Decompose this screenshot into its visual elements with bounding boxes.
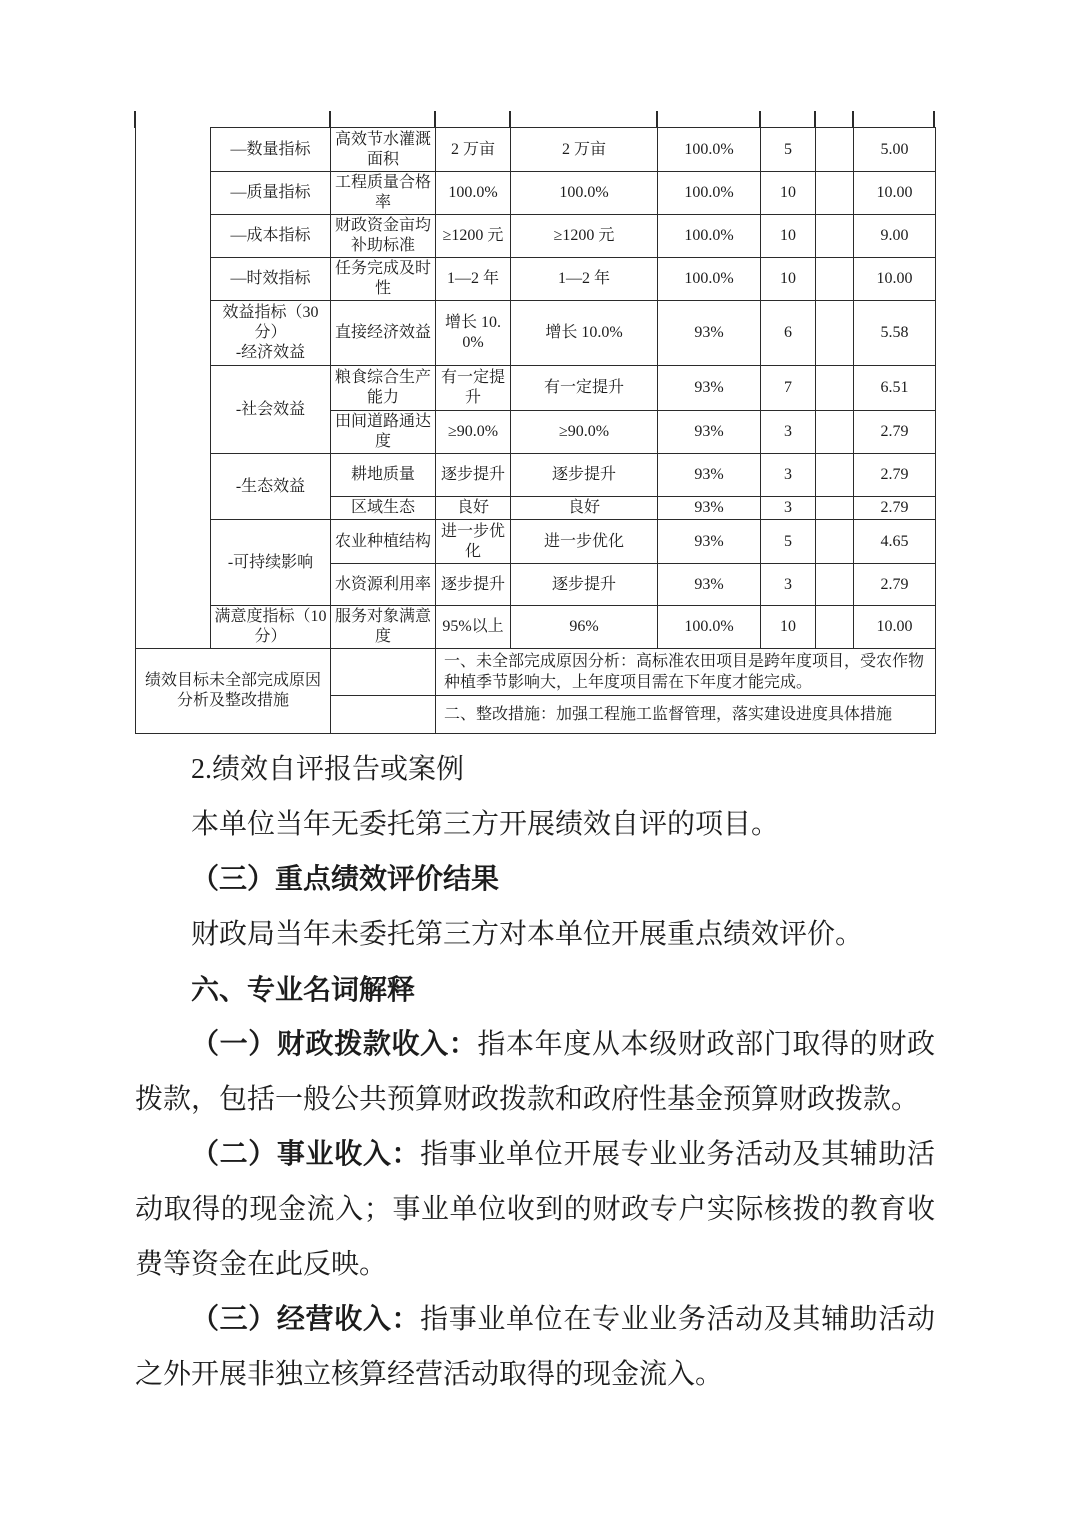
cell-actual-value: 进一步优化 bbox=[511, 520, 658, 564]
table-row: —成本指标 财政资金亩均补助标准 ≥1200 元 ≥1200 元 100.0% … bbox=[136, 215, 936, 258]
cell-blank bbox=[816, 411, 854, 454]
cell-indicator-type: 满意度指标（10分） bbox=[211, 606, 331, 649]
cell-indicator-name: 水资源利用率 bbox=[331, 564, 436, 606]
cell-weight: 5 bbox=[761, 520, 816, 564]
table-row: —质量指标 工程质量合格率 100.0% 100.0% 100.0% 10 10… bbox=[136, 172, 936, 215]
cell-target-value: 增长 10.0% bbox=[436, 301, 511, 366]
cell-completion-rate: 93% bbox=[658, 520, 761, 564]
table-row: —数量指标 高效节水灌溉面积 2 万亩 2 万亩 100.0% 5 5.00 bbox=[136, 128, 936, 172]
cell-completion-rate: 100.0% bbox=[658, 606, 761, 649]
cell-blank bbox=[816, 128, 854, 172]
cell-completion-rate: 93% bbox=[658, 564, 761, 606]
cell-indicator-name: 财政资金亩均补助标准 bbox=[331, 215, 436, 258]
cell-blank bbox=[816, 258, 854, 301]
document-body: 2.绩效自评报告或案例 本单位当年无委托第三方开展绩效自评的项目。 （三）重点绩… bbox=[135, 742, 935, 1402]
cell-target-value: 2 万亩 bbox=[436, 128, 511, 172]
table-row: 满意度指标（10分） 服务对象满意度 95%以上 96% 100.0% 10 1… bbox=[136, 606, 936, 649]
cell-actual-value: 1—2 年 bbox=[511, 258, 658, 301]
cell-blank bbox=[816, 366, 854, 411]
cell-indicator-type: -可持续影响 bbox=[211, 520, 331, 606]
table-border-stub bbox=[509, 111, 511, 128]
cell-indicator-type: -社会效益 bbox=[211, 366, 331, 454]
cell-completion-rate: 93% bbox=[658, 301, 761, 366]
definition-lead: （二）事业收入： bbox=[191, 1139, 420, 1170]
indicator-group-label: 效益指标（30分） bbox=[213, 303, 328, 343]
cell-indicator-name: 高效节水灌溉面积 bbox=[331, 128, 436, 172]
cell-weight: 7 bbox=[761, 366, 816, 411]
table-row: 效益指标（30分） -经济效益 直接经济效益 增长 10.0% 增长 10.0%… bbox=[136, 301, 936, 366]
table-border-stub bbox=[933, 111, 935, 128]
cell-indicator-type: -生态效益 bbox=[211, 454, 331, 520]
cell-actual-value: 增长 10.0% bbox=[511, 301, 658, 366]
table-border-stub bbox=[134, 111, 136, 128]
cell-weight: 10 bbox=[761, 258, 816, 301]
cell-target-value: 95%以上 bbox=[436, 606, 511, 649]
key-eval-text: 财政局当年未委托第三方对本单位开展重点绩效评价。 bbox=[135, 907, 935, 962]
cell-actual-value: 100.0% bbox=[511, 172, 658, 215]
cell-completion-rate: 100.0% bbox=[658, 258, 761, 301]
cell-score: 5.58 bbox=[854, 301, 936, 366]
definition-operational-income: （二）事业收入：指事业单位开展专业业务活动及其辅助活动取得的现金流入；事业单位收… bbox=[135, 1127, 935, 1292]
cell-blank bbox=[816, 172, 854, 215]
table-border-stub bbox=[329, 111, 331, 128]
cell-completion-rate: 100.0% bbox=[658, 215, 761, 258]
definition-lead: （三）经营收入： bbox=[191, 1304, 420, 1335]
cell-indicator-name: 任务完成及时性 bbox=[331, 258, 436, 301]
cell-completion-rate: 100.0% bbox=[658, 128, 761, 172]
definition-business-income: （三）经营收入：指事业单位在专业业务活动及其辅助活动之外开展非独立核算经营活动取… bbox=[135, 1292, 935, 1402]
cell-blank bbox=[816, 564, 854, 606]
cell-target-value: 100.0% bbox=[436, 172, 511, 215]
cell-left-continued bbox=[136, 128, 211, 649]
cell-target-value: 有一定提升 bbox=[436, 366, 511, 411]
cell-incomplete-reason: 一、未全部完成原因分析：高标准农田项目是跨年度项目，受农作物种植季节影响大，上年… bbox=[436, 649, 936, 696]
cell-score: 2.79 bbox=[854, 411, 936, 454]
cell-incomplete-analysis-label: 绩效目标未全部完成原因分析及整改措施 bbox=[136, 649, 331, 734]
table-border-stub bbox=[814, 111, 816, 128]
performance-indicator-table: —数量指标 高效节水灌溉面积 2 万亩 2 万亩 100.0% 5 5.00 —… bbox=[135, 127, 936, 734]
cell-weight: 10 bbox=[761, 172, 816, 215]
cell-indicator-name: 工程质量合格率 bbox=[331, 172, 436, 215]
cell-indicator-name: 粮食综合生产能力 bbox=[331, 366, 436, 411]
self-eval-report-title: 2.绩效自评报告或案例 bbox=[135, 742, 935, 797]
cell-indicator-name: 区域生态 bbox=[331, 497, 436, 520]
cell-actual-value: 逐步提升 bbox=[511, 564, 658, 606]
cell-score: 10.00 bbox=[854, 606, 936, 649]
cell-score: 5.00 bbox=[854, 128, 936, 172]
cell-target-value: 1—2 年 bbox=[436, 258, 511, 301]
document-page: —数量指标 高效节水灌溉面积 2 万亩 2 万亩 100.0% 5 5.00 —… bbox=[0, 0, 1074, 1520]
table-row: -可持续影响 农业种植结构 进一步优化 进一步优化 93% 5 4.65 bbox=[136, 520, 936, 564]
cell-actual-value: 良好 bbox=[511, 497, 658, 520]
self-eval-report-text: 本单位当年无委托第三方开展绩效自评的项目。 bbox=[135, 797, 935, 852]
cell-blank bbox=[816, 497, 854, 520]
cell-completion-rate: 93% bbox=[658, 366, 761, 411]
table-border-stub bbox=[852, 111, 854, 128]
table-border-stub bbox=[759, 111, 761, 128]
glossary-heading: 六、专业名词解释 bbox=[135, 962, 935, 1017]
key-eval-heading: （三）重点绩效评价结果 bbox=[135, 852, 935, 907]
cell-score: 2.79 bbox=[854, 497, 936, 520]
cell-indicator-name: 耕地质量 bbox=[331, 454, 436, 497]
cell-target-value: ≥1200 元 bbox=[436, 215, 511, 258]
cell-indicator-name: 直接经济效益 bbox=[331, 301, 436, 366]
cell-weight: 10 bbox=[761, 606, 816, 649]
cell-completion-rate: 93% bbox=[658, 411, 761, 454]
cell-indicator-type: 效益指标（30分） -经济效益 bbox=[211, 301, 331, 366]
cell-score: 10.00 bbox=[854, 258, 936, 301]
cell-actual-value: ≥1200 元 bbox=[511, 215, 658, 258]
cell-completion-rate: 93% bbox=[658, 454, 761, 497]
cell-indicator-type: —时效指标 bbox=[211, 258, 331, 301]
cell-score: 10.00 bbox=[854, 172, 936, 215]
cell-blank bbox=[816, 301, 854, 366]
cell-indicator-type: —质量指标 bbox=[211, 172, 331, 215]
cell-target-value: 逐步提升 bbox=[436, 454, 511, 497]
table-border-stub bbox=[434, 111, 436, 128]
definition-fiscal-appropriation: （一）财政拨款收入：指本年度从本级财政部门取得的财政拨款，包括一般公共预算财政拨… bbox=[135, 1017, 935, 1127]
table-row: -生态效益 耕地质量 逐步提升 逐步提升 93% 3 2.79 bbox=[136, 454, 936, 497]
cell-score: 6.51 bbox=[854, 366, 936, 411]
cell-blank bbox=[816, 454, 854, 497]
cell-blank bbox=[331, 696, 436, 734]
table-row: —时效指标 任务完成及时性 1—2 年 1—2 年 100.0% 10 10.0… bbox=[136, 258, 936, 301]
cell-weight: 6 bbox=[761, 301, 816, 366]
definition-lead: （一）财政拨款收入： bbox=[191, 1029, 477, 1060]
cell-weight: 10 bbox=[761, 215, 816, 258]
indicator-subgroup-label: -经济效益 bbox=[213, 343, 328, 363]
cell-target-value: 逐步提升 bbox=[436, 564, 511, 606]
table-border-stub bbox=[656, 111, 658, 128]
cell-score: 4.65 bbox=[854, 520, 936, 564]
cell-indicator-type: —成本指标 bbox=[211, 215, 331, 258]
cell-blank bbox=[816, 606, 854, 649]
cell-rectification-measures: 二、整改措施：加强工程施工监督管理，落实建设进度具体措施 bbox=[436, 696, 936, 734]
cell-actual-value: 96% bbox=[511, 606, 658, 649]
cell-target-value: ≥90.0% bbox=[436, 411, 511, 454]
cell-weight: 3 bbox=[761, 411, 816, 454]
cell-weight: 3 bbox=[761, 454, 816, 497]
cell-actual-value: ≥90.0% bbox=[511, 411, 658, 454]
cell-score: 9.00 bbox=[854, 215, 936, 258]
cell-score: 2.79 bbox=[854, 564, 936, 606]
cell-target-value: 进一步优化 bbox=[436, 520, 511, 564]
cell-indicator-name: 农业种植结构 bbox=[331, 520, 436, 564]
cell-score: 2.79 bbox=[854, 454, 936, 497]
cell-actual-value: 有一定提升 bbox=[511, 366, 658, 411]
cell-weight: 3 bbox=[761, 564, 816, 606]
cell-indicator-name: 服务对象满意度 bbox=[331, 606, 436, 649]
cell-indicator-name: 田间道路通达度 bbox=[331, 411, 436, 454]
table-row: -社会效益 粮食综合生产能力 有一定提升 有一定提升 93% 7 6.51 bbox=[136, 366, 936, 411]
cell-actual-value: 2 万亩 bbox=[511, 128, 658, 172]
cell-completion-rate: 100.0% bbox=[658, 172, 761, 215]
cell-indicator-type: —数量指标 bbox=[211, 128, 331, 172]
table-row: 绩效目标未全部完成原因分析及整改措施 一、未全部完成原因分析：高标准农田项目是跨… bbox=[136, 649, 936, 696]
cell-blank bbox=[331, 649, 436, 696]
cell-target-value: 良好 bbox=[436, 497, 511, 520]
cell-weight: 5 bbox=[761, 128, 816, 172]
cell-completion-rate: 93% bbox=[658, 497, 761, 520]
cell-actual-value: 逐步提升 bbox=[511, 454, 658, 497]
cell-blank bbox=[816, 520, 854, 564]
cell-blank bbox=[816, 215, 854, 258]
cell-weight: 3 bbox=[761, 497, 816, 520]
